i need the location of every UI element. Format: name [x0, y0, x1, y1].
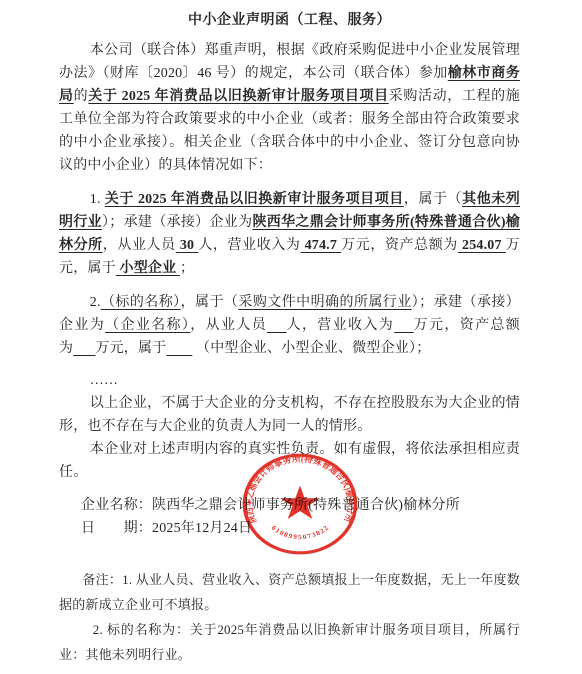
paragraph: 本公司（联合体）郑重声明，根据《政府采购促进中小企业发展管理办法》（财库〔202… [59, 39, 520, 177]
date-line: 日 期：2025年12月24日 [81, 517, 520, 540]
filled-field-text: （企业名称） [105, 318, 190, 333]
filled-field-text: 474.7 [300, 238, 341, 253]
body-text: 以上企业，不属于大企业的分支机构，不存在控股股东为大企业的情形，也不存在与大企业… [59, 396, 520, 434]
body-text: …… [90, 373, 118, 388]
company-name-line: 企业名称：陕西华之鼎会计师事务所(特殊普通合伙)榆林分所 [81, 494, 520, 517]
footnotes: 备注：1. 从业人员、营业收入、资产总额填报上一年度数据，无上一年度数据的新成立… [59, 567, 520, 667]
body-text: 万元，资产总额为 [341, 238, 458, 253]
filled-field-text: （标的名称） [101, 295, 181, 310]
body-text: 2. [90, 295, 101, 310]
body-text: ，属于（ [404, 192, 462, 207]
filled-field-text [166, 341, 192, 356]
body-text: 人，营业收入为 [287, 318, 395, 333]
body-text: （中型企业、小型企业、微型企业）； [192, 341, 430, 356]
body-text: ，从业人员 [190, 318, 267, 333]
company-name-label: 企业名称： [81, 498, 152, 513]
body-text: 1. [90, 192, 105, 207]
document-title: 中小企业声明函（工程、服务） [59, 9, 520, 32]
body-text: ）；承建（承接）企业为 [102, 215, 253, 230]
company-name-value: 陕西华之鼎会计师事务所(特殊普通合伙)榆林分所 [152, 498, 460, 513]
body-text: ，从业人员 [103, 238, 176, 253]
signature-block: 企业名称：陕西华之鼎会计师事务所(特殊普通合伙)榆林分所 日 期：2025年12… [59, 494, 520, 540]
date-label: 日 期： [81, 521, 152, 536]
filled-field-text: 关于 2025 年消费品以旧换新审计服务项目项目 [105, 192, 404, 207]
filled-field-text: 254.07 [458, 238, 506, 253]
paragraph: 以上企业，不属于大企业的分支机构，不存在控股股东为大企业的情形，也不存在与大企业… [59, 392, 520, 438]
body-text: ； [180, 261, 194, 276]
paragraph: 1. 关于 2025 年消费品以旧换新审计服务项目项目，属于（其他未列明行业）；… [59, 188, 520, 280]
filled-field-text [267, 318, 286, 333]
document-page: 中小企业声明函（工程、服务） 本公司（联合体）郑重声明，根据《政府采购促进中小企… [0, 0, 582, 674]
footnote: 2. 标的名称为：关于2025年消费品以旧换新审计服务项目项目，所属行业：其他未… [59, 617, 520, 667]
filled-field-text: 30 [176, 238, 199, 253]
body-text: 人，营业收入为 [198, 238, 300, 253]
filled-field-text [73, 341, 95, 356]
body-text: 本企业对上述声明内容的真实性负责。如有虚假，将依法承担相应责任。 [59, 442, 520, 480]
filled-field-text [394, 318, 413, 333]
date-value: 2025年12月24日 [152, 521, 252, 536]
filled-field-text: 采购文件中明确的所属行业 [238, 295, 411, 310]
paragraph: …… [59, 369, 520, 392]
paragraph: 本企业对上述声明内容的真实性负责。如有虚假，将依法承担相应责任。 [59, 438, 520, 484]
footnote: 备注：1. 从业人员、营业收入、资产总额填报上一年度数据，无上一年度数据的新成立… [59, 567, 520, 617]
body-text: 的 [74, 89, 89, 104]
paragraph: 2.（标的名称），属于（采购文件中明确的所属行业）；承建（承接）企业为（企业名称… [59, 291, 520, 360]
body-text: 万元，属于 [95, 341, 166, 356]
filled-field-text: 关于 2025 年消费品以旧换新审计服务项目项目 [88, 89, 388, 104]
body-text: ，属于（ [181, 295, 239, 310]
document-body: 本公司（联合体）郑重声明，根据《政府采购促进中小企业发展管理办法》（财库〔202… [59, 39, 520, 484]
filled-field-text: 小型企业 [116, 261, 180, 276]
